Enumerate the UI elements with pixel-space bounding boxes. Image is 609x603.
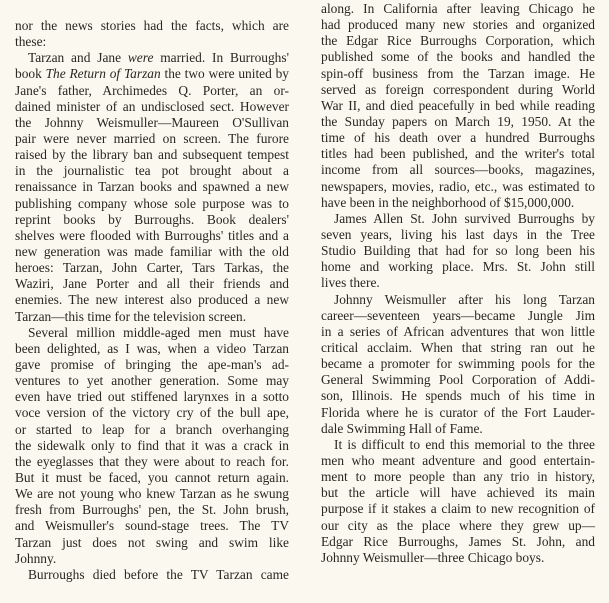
text-line: home and working place. Mrs. St. John st… <box>321 259 595 275</box>
text-line: We are not young who knew Tarzan as he s… <box>15 486 289 502</box>
text-line: ventures to yet another generation. Some… <box>15 373 289 389</box>
paragraph: Johnny Weismuller after his long Tarzanc… <box>321 292 595 437</box>
text-line: Tarzan and Jane were married. In Burroug… <box>15 50 289 66</box>
text-line: our city as the place where they grew up… <box>321 518 595 534</box>
text-line: seven years, living his last days in the… <box>321 227 595 243</box>
text-line: raised by the library ban and subsequent… <box>15 147 289 163</box>
text-line: General Swimming Pool Corporation of Add… <box>321 372 595 388</box>
paragraph: James Allen St. John survived Burroughs … <box>321 211 595 292</box>
text-line: nor the news stories had the facts, whic… <box>15 18 289 34</box>
text-line: Edgar Rice Burroughs, James St. John, an… <box>321 534 595 550</box>
text-line: Florida where he is curator of the Fort … <box>321 405 595 421</box>
text-line: critical acclaim. When that string ran o… <box>321 340 595 356</box>
text-line: reprint books by Burroughs. Book dealers… <box>15 212 289 228</box>
text-line: pair were never married on screen. The f… <box>15 131 289 147</box>
text-line: income from all sources—books, magazines… <box>321 162 595 178</box>
text-line: Jane's father, Archimedes Q. Porter, an … <box>15 83 289 99</box>
text-line: even have tried out stiffened larynxes i… <box>15 389 289 405</box>
text-line: gave promise of bringing the ape-man's a… <box>15 357 289 373</box>
text-line: and Weismuller's sound-stage trees. The … <box>15 518 289 534</box>
text-line: became a promoter for swimming pools for… <box>321 356 595 372</box>
text-line: But it must be faced, you cannot return … <box>15 470 289 486</box>
text-line: fresh from Burroughs' pen, the St. John … <box>15 502 289 518</box>
paragraph: nor the news stories had the facts, whic… <box>15 18 289 50</box>
text-line: in the journalistic tea pot brought abou… <box>15 163 289 179</box>
text-line: in a series of African adventures that w… <box>321 324 595 340</box>
text-line: James Allen St. John survived Burroughs … <box>321 211 595 227</box>
text-line: publishing company whose sole purpose wa… <box>15 196 289 212</box>
text-column-right: along. In California after leaving Chica… <box>321 1 595 566</box>
text-line: Waziri, Jane Porter and all their friend… <box>15 276 289 292</box>
text-line: career—seventeen years—became Jungle Jim <box>321 308 595 324</box>
text-line: have been in the neighborhood of $15,000… <box>321 195 595 211</box>
text-line: published some of the books and handled … <box>321 49 595 65</box>
text-line: Tarzan just does not swing and swim like <box>15 535 289 551</box>
text-line: Several million middle-aged men must hav… <box>15 325 289 341</box>
paragraph: Several million middle-aged men must hav… <box>15 325 289 567</box>
text-line: along. In California after leaving Chica… <box>321 1 595 17</box>
paragraph: along. In California after leaving Chica… <box>321 1 595 211</box>
text-line: had produced many new stories and organi… <box>321 17 595 33</box>
text-line: new generation was made familiar with th… <box>15 244 289 260</box>
text-line: War II, and died peacefully in bed while… <box>321 98 595 114</box>
text-line: Johnny Weismuller after his long Tarzan <box>321 292 595 308</box>
text-line: Burroughs died before the TV Tarzan came <box>15 567 289 583</box>
paragraph: Tarzan and Jane were married. In Burroug… <box>15 50 289 324</box>
text-line: ment to more people than any trio in his… <box>321 469 595 485</box>
text-line: the eyeglasses that they were about to r… <box>15 454 289 470</box>
text-line: men who meant adventure and good enterta… <box>321 453 595 469</box>
text-line: titles had been published, and the write… <box>321 146 595 162</box>
document-page: nor the news stories had the facts, whic… <box>0 0 609 603</box>
text-line: but the article will have achieved its m… <box>321 485 595 501</box>
text-line: It is difficult to end this memorial to … <box>321 437 595 453</box>
text-line: renaissance in Tarzan books and spawned … <box>15 179 289 195</box>
paragraph: It is difficult to end this memorial to … <box>321 437 595 566</box>
text-line: book The Return of Tarzan the two were u… <box>15 66 289 82</box>
text-line: lives there. <box>321 275 595 291</box>
text-line: newspapers, movies, radio, etc., was est… <box>321 179 595 195</box>
text-line: been delighted, as I was, when a video T… <box>15 341 289 357</box>
text-line: son, Illinois. He spends much of his tim… <box>321 388 595 404</box>
paragraph: Burroughs died before the TV Tarzan came <box>15 567 289 583</box>
text-line: dale Swimming Hall of Fame. <box>321 421 595 437</box>
text-line: enemies. The new interest also produced … <box>15 292 289 308</box>
text-line: these: <box>15 34 289 50</box>
text-line: spin-off business from the Tarzan image.… <box>321 66 595 82</box>
text-line: voce version of the victory cry of the b… <box>15 405 289 421</box>
text-line: time of his death over a hundred Burroug… <box>321 130 595 146</box>
text-line: purpose if it stakes a claim to new reco… <box>321 501 595 517</box>
text-line: Tarzan—this time for the television scre… <box>15 309 289 325</box>
text-line: the sidewalk only to find that it was a … <box>15 438 289 454</box>
text-line: served as foreign correspondent during W… <box>321 82 595 98</box>
text-column-left: nor the news stories had the facts, whic… <box>15 18 289 583</box>
text-line: the Johnny Weismuller—Maureen O'Sullivan <box>15 115 289 131</box>
text-line: heroes: Tarzan, John Carter, Tars Tarkas… <box>15 260 289 276</box>
text-line: or started to leap for a branch overhang… <box>15 422 289 438</box>
text-line: Studio Building that had for so long bee… <box>321 243 595 259</box>
text-line: Johnny. <box>15 551 289 567</box>
text-line: Johnny Weismuller—three Chicago boys. <box>321 550 595 566</box>
text-line: the Edgar Rice Burroughs Corporation, wh… <box>321 33 595 49</box>
text-line: shelves were flooded with Burroughs' tit… <box>15 228 289 244</box>
text-line: the Sunday papers on March 19, 1950. At … <box>321 114 595 130</box>
text-line: dained minister of an undisclosed sect. … <box>15 99 289 115</box>
